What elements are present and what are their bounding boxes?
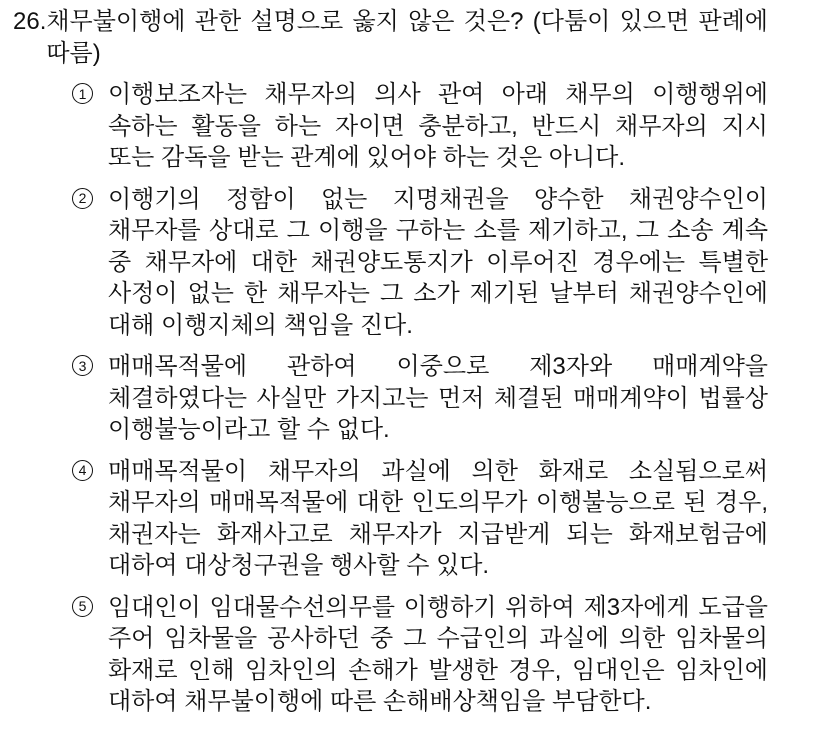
option-3-number: 3	[79, 359, 87, 373]
exam-page: 26. 채무불이행에 관한 설명으로 옳지 않은 것은? (다툼이 있으면 판례…	[0, 0, 826, 753]
option-5: 5 임대인이 임대물수선의무를 이행하기 위하여 제3자에게 도급을 주어 임차…	[72, 592, 768, 718]
option-2: 2 이행기의 정함이 없는 지명채권을 양수한 채권양수인이 채무자를 상대로 …	[72, 184, 768, 342]
option-3: 3 매매목적물에 관하여 이중으로 제3자와 매매계약을 체결하였다는 사실만 …	[72, 351, 768, 446]
option-3-text: 매매목적물에 관하여 이중으로 제3자와 매매계약을 체결하였다는 사실만 가지…	[108, 351, 768, 446]
option-1: 1 이행보조자는 채무자의 의사 관여 아래 채무의 이행행위에 속하는 활동을…	[72, 79, 768, 174]
question-header: 26. 채무불이행에 관한 설명으로 옳지 않은 것은? (다툼이 있으면 판례…	[13, 6, 768, 69]
option-4-text: 매매목적물이 채무자의 과실에 의한 화재로 소실됨으로써 채무자의 매매목적물…	[108, 456, 768, 582]
option-2-number: 2	[79, 191, 87, 205]
option-5-circle-marker: 5	[72, 596, 93, 617]
option-2-circle-marker: 2	[72, 188, 93, 209]
option-5-text: 임대인이 임대물수선의무를 이행하기 위하여 제3자에게 도급을 주어 임차물을…	[108, 592, 768, 718]
option-2-text: 이행기의 정함이 없는 지명채권을 양수한 채권양수인이 채무자를 상대로 그 …	[108, 184, 768, 342]
option-1-number: 1	[79, 87, 87, 101]
option-3-circle-marker: 3	[72, 355, 93, 376]
option-1-circle-marker: 1	[72, 83, 93, 104]
question-text: 채무불이행에 관한 설명으로 옳지 않은 것은? (다툼이 있으면 판례에 따름…	[46, 6, 768, 69]
option-1-text: 이행보조자는 채무자의 의사 관여 아래 채무의 이행행위에 속하는 활동을 하…	[108, 79, 768, 174]
option-5-number: 5	[79, 599, 87, 613]
option-4-number: 4	[79, 463, 87, 477]
option-4: 4 매매목적물이 채무자의 과실에 의한 화재로 소실됨으로써 채무자의 매매목…	[72, 456, 768, 582]
option-4-circle-marker: 4	[72, 460, 93, 481]
question-number: 26.	[13, 6, 46, 38]
